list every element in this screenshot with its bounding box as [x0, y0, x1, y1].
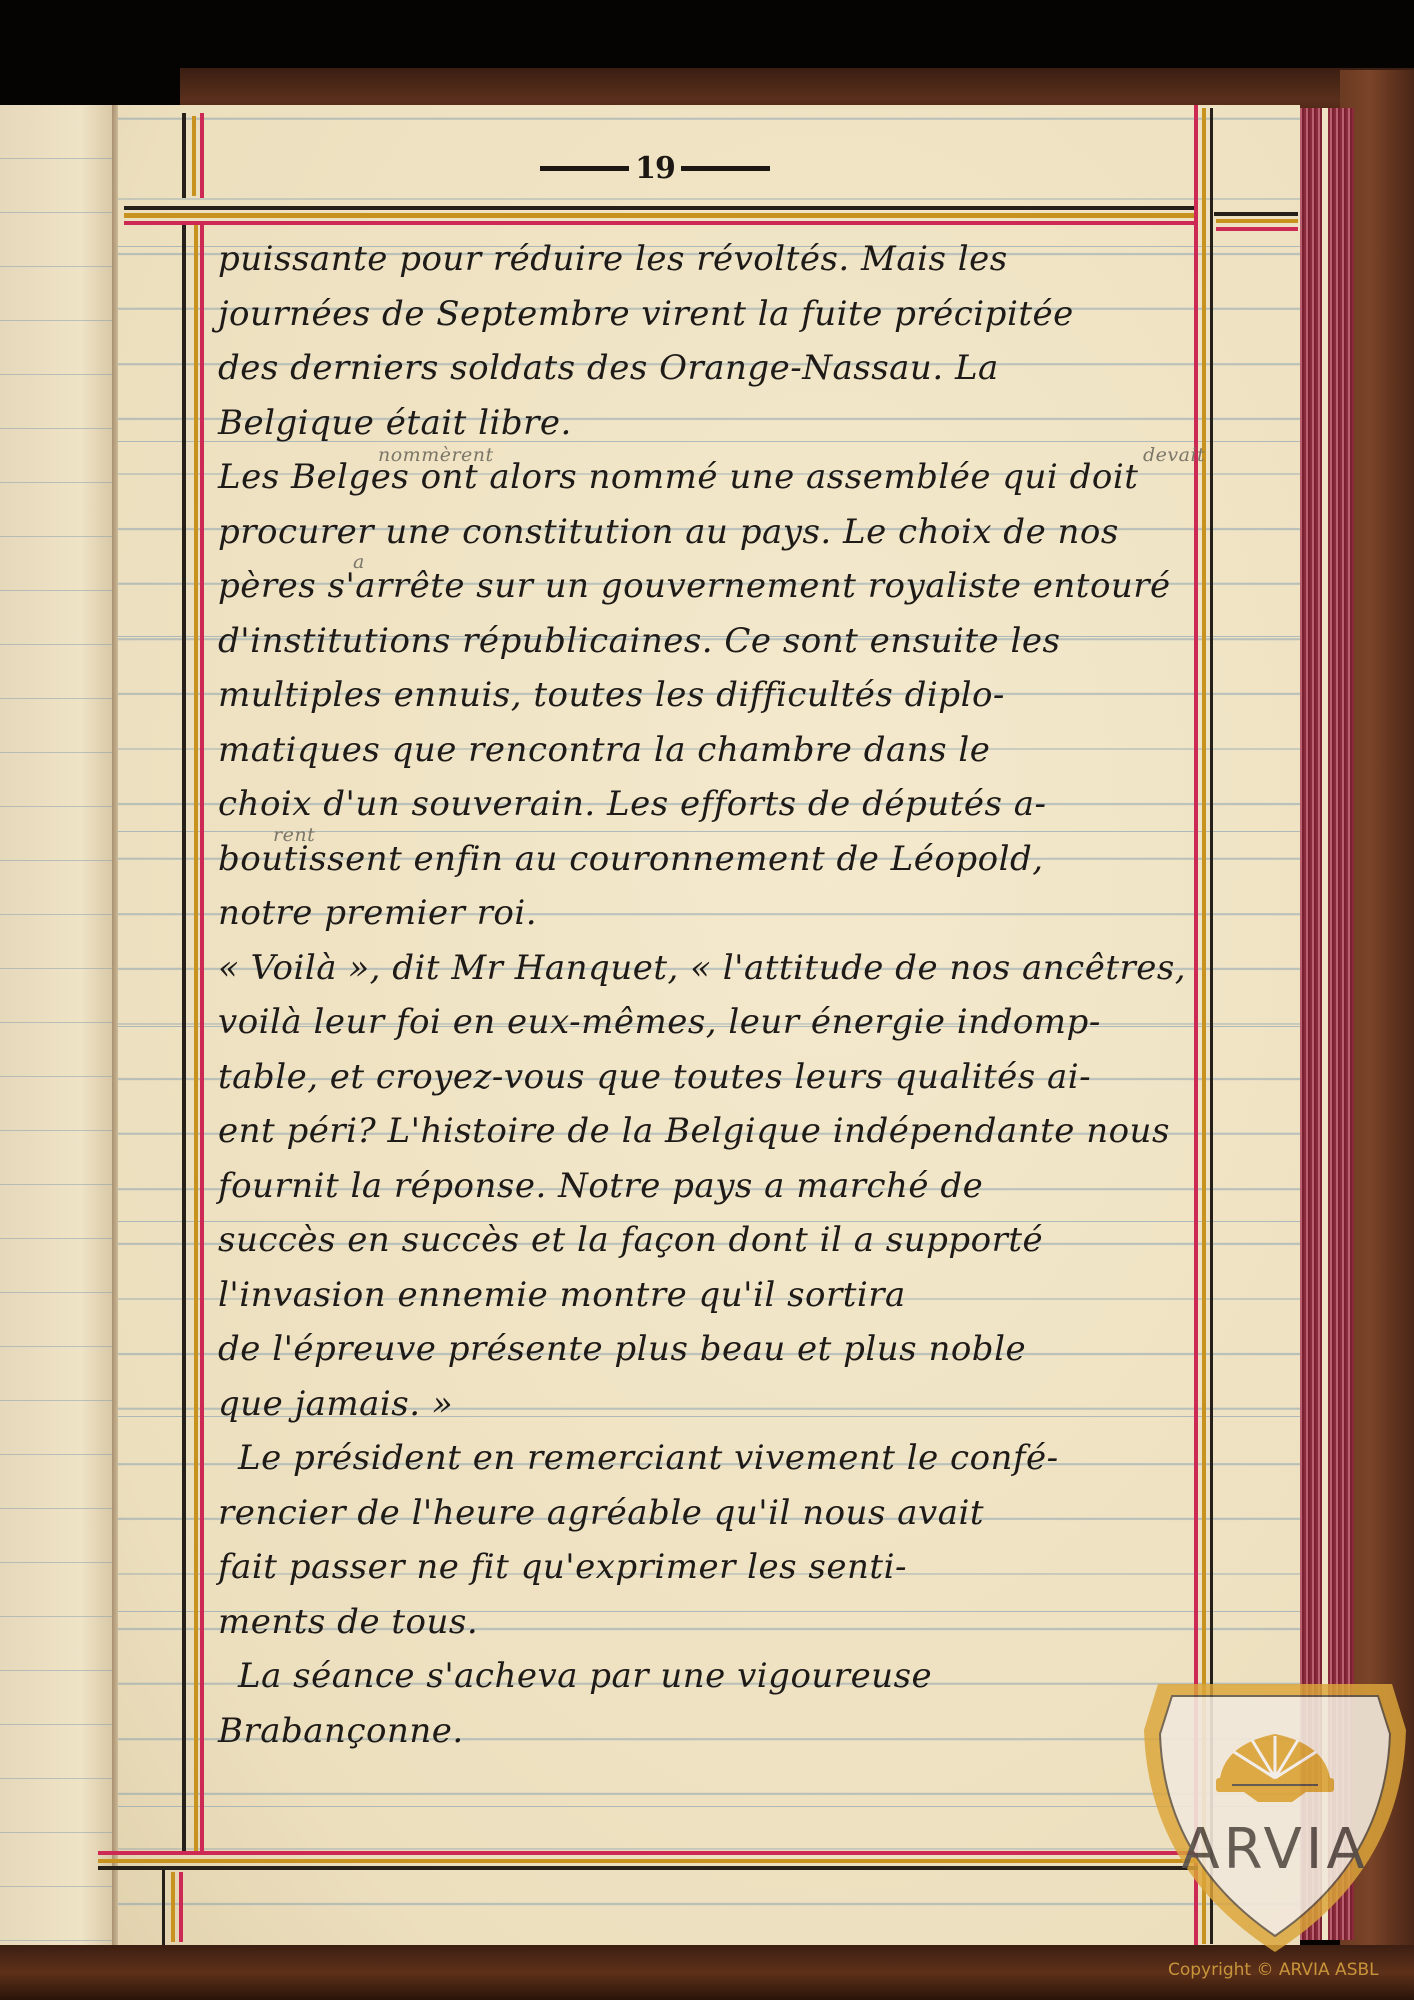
manuscript-line: Brabançonne.: [218, 1704, 1188, 1759]
frame-rule-red: [124, 221, 1194, 225]
frame-rule-gold: [1202, 108, 1206, 1944]
manuscript-line: l'invasion ennemie montre qu'il sortira: [218, 1268, 1188, 1323]
page-number: 19: [540, 148, 770, 188]
frame-rule-red: [200, 224, 204, 1852]
frame-rule-gold: [194, 224, 198, 1852]
arvia-shield-logo: ARVIA: [1140, 1670, 1410, 1960]
page-number-value: 19: [635, 151, 675, 186]
handwritten-correction: rent: [273, 808, 315, 862]
manuscript-line: de l'épreuve présente plus beau et plus …: [218, 1322, 1188, 1377]
frame-rule-black: [182, 113, 186, 198]
frame-rule-red: [200, 113, 204, 198]
manuscript-line: rencier de l'heure agréable qu'il nous a…: [218, 1486, 1188, 1541]
page-number-dash: [540, 166, 629, 171]
manuscript-line: succès en succès et la façon dont il a s…: [218, 1213, 1188, 1268]
manuscript-line: ent péri? L'histoire de la Belgique indé…: [218, 1104, 1188, 1159]
manuscript-text: puissante pour réduire les révoltés. Mai…: [218, 232, 1188, 1758]
frame-rule-gold: [124, 213, 1194, 218]
frame-rule-black: [124, 206, 1194, 210]
manuscript-line: boutissent enfin au couronnement de Léop…: [218, 832, 1188, 887]
frame-rule-gold: [1216, 219, 1298, 223]
manuscript-line: pères s'arrête sur un gouvernement royal…: [218, 559, 1188, 614]
frame-rule-red: [179, 1872, 183, 1942]
manuscript-line: voilà leur foi en eux-mêmes, leur énergi…: [218, 995, 1188, 1050]
handwritten-correction: nommèrent: [378, 428, 494, 482]
manuscript-line: table, et croyez-vous que toutes leurs q…: [218, 1050, 1188, 1105]
frame-rule-black: [162, 1868, 165, 1945]
manuscript-line: que jamais. »: [218, 1377, 1188, 1432]
frame-rule-gold: [192, 116, 196, 196]
frame-rule-black: [1214, 212, 1298, 216]
frame-rule-black: [182, 224, 186, 1852]
manuscript-line: Belgique était libre.: [218, 396, 1188, 451]
copyright-notice: Copyright © ARVIA ASBL: [1168, 1960, 1379, 1980]
arvia-watermark: ARVIA: [1140, 1670, 1410, 1960]
manuscript-line: ments de tous.: [218, 1595, 1188, 1650]
frame-rule-black: [1210, 108, 1213, 1944]
manuscript-line: Les Belges ont alors nommé une assemblée…: [218, 450, 1188, 505]
frame-rule-red: [1216, 227, 1298, 231]
manuscript-line: notre premier roi.: [218, 886, 1188, 941]
manuscript-line: matiques que rencontra la chambre dans l…: [218, 723, 1188, 778]
handwritten-correction: a: [353, 535, 365, 589]
frame-rule-gold: [171, 1872, 175, 1942]
page-stack-edges: [1298, 108, 1354, 1940]
handwritten-correction: devait: [1143, 428, 1205, 482]
facing-page-edge: [0, 105, 116, 1945]
manuscript-line: Le président en remerciant vivement le c…: [218, 1431, 1188, 1486]
manuscript-line: fournit la réponse. Notre pays a marché …: [218, 1159, 1188, 1214]
manuscript-line: choix d'un souverain. Les efforts de dép…: [218, 777, 1188, 832]
manuscript-line: d'institutions républicaines. Ce sont en…: [218, 614, 1188, 669]
frame-rule-black: [98, 1866, 1198, 1870]
frame-rule-red: [98, 1851, 1198, 1855]
manuscript-line: « Voilà », dit Mr Hanquet, « l'attitude …: [218, 941, 1188, 996]
frame-rule-gold: [98, 1859, 1198, 1863]
page-number-dash: [681, 166, 770, 171]
svg-text:ARVIA: ARVIA: [1181, 1817, 1368, 1882]
manuscript-line: La séance s'acheva par une vigoureuse: [218, 1649, 1188, 1704]
frame-rule-red: [1194, 105, 1198, 1945]
manuscript-line: fait passer ne fit qu'exprimer les senti…: [218, 1540, 1188, 1595]
manuscript-line: journées de Septembre virent la fuite pr…: [218, 287, 1188, 342]
manuscript-line: puissante pour réduire les révoltés. Mai…: [218, 232, 1188, 287]
manuscript-line: multiples ennuis, toutes les difficultés…: [218, 668, 1188, 723]
manuscript-line: des derniers soldats des Orange-Nassau. …: [218, 341, 1188, 396]
